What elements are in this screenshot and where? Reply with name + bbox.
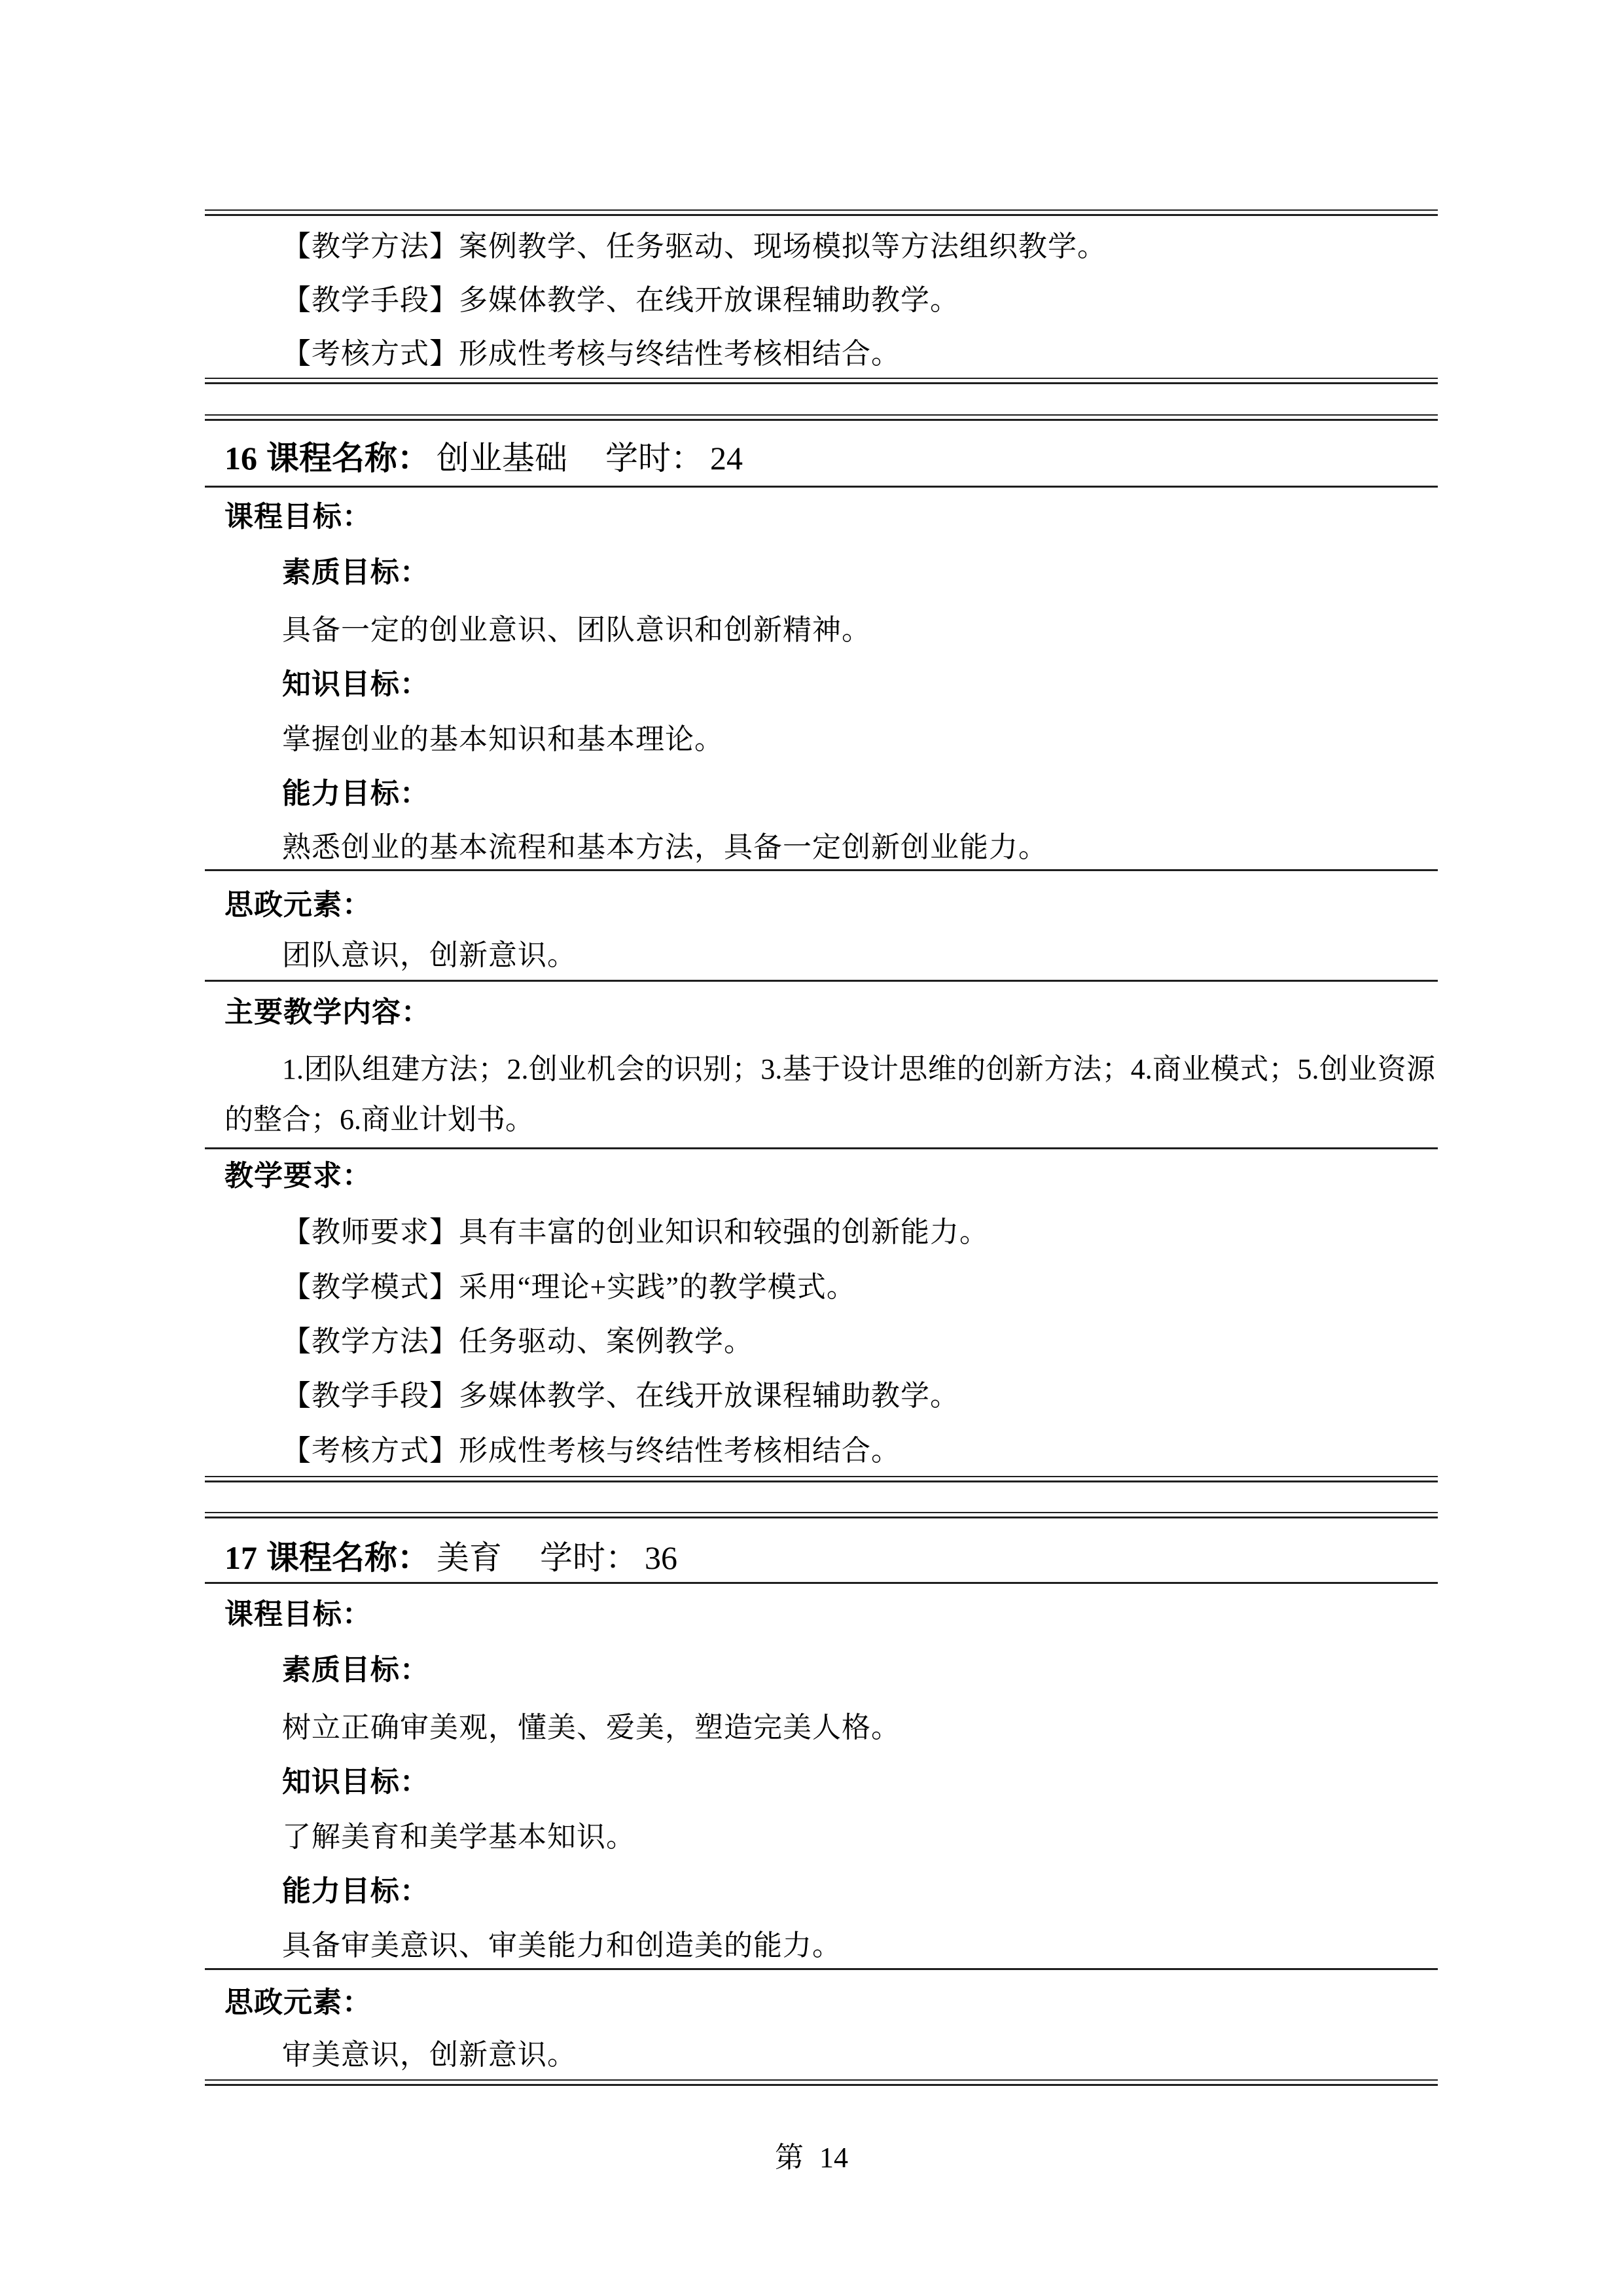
table-bottom-border — [205, 378, 1438, 384]
teaching-media: 【教学手段】多媒体教学、在线开放课程辅助教学。 — [282, 1371, 959, 1421]
course-16-heading: 16课程名称：创业基础学时：24 — [224, 433, 743, 484]
knowledge-goal-text: 掌握创业的基本知识和基本理论。 — [282, 714, 724, 764]
table-top-border — [205, 209, 1438, 216]
row-border — [205, 486, 1438, 488]
course-hours: 36 — [645, 1539, 677, 1576]
ability-goal-heading: 能力目标： — [282, 1866, 429, 1916]
knowledge-goal-heading: 知识目标： — [282, 1757, 429, 1807]
table-top-border — [205, 1512, 1438, 1518]
footer-page-number: 14 — [819, 2142, 848, 2174]
teaching-mode: 【教学模式】采用“理论+实践”的教学模式。 — [282, 1262, 856, 1312]
ability-goal-text: 具备审美意识、审美能力和创造美的能力。 — [282, 1920, 842, 1971]
page-footer: 第14 — [0, 2132, 1623, 2183]
course-number: 17 — [224, 1539, 257, 1576]
ideology-heading: 思政元素： — [224, 1977, 372, 2028]
ideology-text: 审美意识，创新意识。 — [282, 2030, 577, 2080]
assessment-method: 【考核方式】形成性考核与终结性考核相结合。 — [282, 1426, 901, 1476]
requirements-heading: 教学要求： — [224, 1151, 372, 1201]
ability-goal-heading: 能力目标： — [282, 768, 429, 819]
ideology-text: 团队意识，创新意识。 — [282, 930, 577, 980]
teaching-method: 【教学方法】任务驱动、案例教学。 — [282, 1316, 753, 1367]
course-name-label: 课程名称： — [266, 440, 430, 476]
row-border — [205, 1582, 1438, 1584]
paragraph-teaching-media: 【教学手段】多媒体教学、在线开放课程辅助教学。 — [282, 275, 959, 325]
paragraph-teaching-method: 【教学方法】案例教学、任务驱动、现场模拟等方法组织教学。 — [282, 221, 1107, 272]
course-number: 16 — [224, 440, 257, 476]
course-goals-heading: 课程目标： — [224, 1589, 372, 1640]
course-hours-label: 学时： — [540, 1539, 638, 1576]
course-goals-heading: 课程目标： — [224, 492, 372, 542]
paragraph-assessment-method: 【考核方式】形成性考核与终结性考核相结合。 — [282, 329, 901, 379]
course-hours-label: 学时： — [605, 440, 704, 476]
row-border — [205, 1968, 1438, 1970]
row-border — [205, 869, 1438, 871]
quality-goal-heading: 素质目标： — [282, 547, 429, 598]
footer-prefix: 第 — [775, 2142, 804, 2174]
course-name: 美育 — [437, 1539, 502, 1576]
document-page: 【教学方法】案例教学、任务驱动、现场模拟等方法组织教学。 【教学手段】多媒体教学… — [0, 0, 1623, 2296]
quality-goal-text: 具备一定的创业意识、团队意识和创新精神。 — [282, 605, 871, 655]
table-top-border — [205, 414, 1438, 421]
content-text: 1.团队组建方法；2.创业机会的识别；3.基于设计思维的创新方法；4.商业模式；… — [224, 1044, 1435, 1145]
knowledge-goal-heading: 知识目标： — [282, 659, 429, 709]
table-bottom-border — [205, 2079, 1438, 2086]
quality-goal-text: 树立正确审美观，懂美、爱美，塑造完美人格。 — [282, 1702, 901, 1753]
row-border — [205, 1147, 1438, 1149]
course-name: 创业基础 — [437, 440, 567, 476]
row-border — [205, 980, 1438, 982]
teacher-requirement: 【教师要求】具有丰富的创业知识和较强的创新能力。 — [282, 1207, 989, 1257]
course-17-heading: 17课程名称：美育学时：36 — [224, 1533, 677, 1583]
knowledge-goal-text: 了解美育和美学基本知识。 — [282, 1812, 635, 1862]
course-hours: 24 — [710, 440, 743, 476]
course-name-label: 课程名称： — [266, 1539, 430, 1576]
quality-goal-heading: 素质目标： — [282, 1645, 429, 1695]
ideology-heading: 思政元素： — [224, 880, 372, 930]
content-heading: 主要教学内容： — [224, 987, 431, 1037]
ability-goal-text: 熟悉创业的基本流程和基本方法，具备一定创新创业能力。 — [282, 822, 1048, 872]
table-bottom-border — [205, 1476, 1438, 1482]
